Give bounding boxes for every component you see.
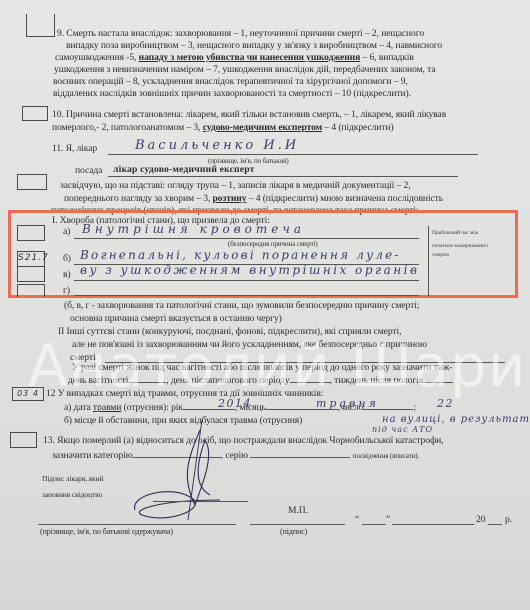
recipient-caption: (прізвище, ім'я, по батькові одержувача)	[40, 528, 173, 536]
section9-line6: віддалених наслідків зовнішніх причин за…	[53, 88, 411, 99]
side-note-2: початком захворювання і	[432, 243, 488, 250]
injury-year-label: (отруєння): рік	[121, 402, 183, 413]
recipient-signature-line	[250, 524, 345, 525]
section9-line3: самоушкодження -5, нападу з метою убивст…	[55, 52, 414, 63]
part1-g-label: г)	[63, 285, 70, 296]
date-quote-open: “	[355, 514, 359, 525]
recipient-signature-caption: (підпис)	[280, 528, 307, 536]
date-year-suffix: р.	[505, 514, 512, 525]
section13-checkbox[interactable]	[10, 432, 37, 448]
doctor-name-line	[108, 154, 478, 155]
doctor-signature	[130, 415, 240, 525]
date-month-line[interactable]	[392, 524, 474, 525]
section9-checkbox[interactable]	[26, 14, 55, 37]
section9-line4: ушкодження з невизначеним наміром – 7, у…	[54, 64, 436, 75]
part1-a-caption: (безпосередня причина смерті)	[228, 240, 318, 248]
position-field[interactable]: лікар судово-медичний експерт	[113, 164, 255, 175]
section13-line1: 13. Якщо померлий (а) відноситься до осі…	[43, 435, 443, 446]
part1-v-code-box[interactable]	[17, 266, 45, 282]
section10-underlined-option: судово-медичним експертом	[203, 122, 322, 133]
part1-b-label: б)	[63, 253, 71, 264]
section10-checkbox[interactable]	[22, 106, 48, 121]
doctor-label: 11. Я, лікар	[52, 143, 97, 154]
part1-note-1: (б, в, г - захворювання та патологічні с…	[64, 300, 419, 311]
signature-line	[153, 501, 248, 502]
doctor-name-field[interactable]: Васильченко И.И	[135, 139, 299, 152]
injury-underlined: травми	[93, 402, 121, 413]
chernobyl-category-label: зазначити категорію	[52, 450, 133, 461]
recipient-name-line	[38, 524, 236, 525]
part1-a-label: а)	[63, 226, 70, 237]
date-day-line[interactable]	[362, 524, 386, 525]
section10-line2: померлого,- 2, патологоанатомом – 3, суд…	[52, 122, 394, 133]
section10-text: померлого,- 2, патологоанатомом – 3,	[52, 122, 203, 133]
part1-b-code-box[interactable]: S21.7	[17, 251, 45, 267]
section10-text: – 4 (підкреслити)	[322, 122, 394, 133]
injury-date-label: а) дата	[64, 402, 93, 413]
section9-line2: випадку поза виробництвом – 3, нещасного…	[66, 40, 442, 51]
date-quote-close: ”	[386, 514, 390, 525]
date-year-line[interactable]	[488, 524, 502, 525]
part1-v-field[interactable]: ву з ушкодженням внутрішніх органів	[80, 264, 420, 277]
death-certificate-page: 9. Смерть настала внаслідок: захворюванн…	[0, 0, 530, 610]
section9-line5: воєнних операцій – 8, ускладнення внаслі…	[53, 76, 408, 87]
part1-a-code-box[interactable]	[17, 225, 45, 241]
part1-v-line	[74, 280, 419, 281]
part1-v-label: в)	[63, 269, 71, 280]
position-line	[108, 176, 458, 177]
part1-g-code-box[interactable]	[17, 284, 45, 297]
chernobyl-series-field[interactable]	[250, 457, 350, 458]
section10-line1: 10. Причина смерті встановлена: лікарем,…	[52, 109, 446, 120]
section9-text: – 6, випадків	[360, 52, 414, 63]
section9-underlined-option: нападу з метою убивства чи нанесення ушк…	[139, 52, 361, 63]
section11-underlined-option: розтину	[213, 193, 247, 204]
watermark: Анатолий Шарий	[28, 336, 530, 396]
part1-column-divider	[428, 226, 429, 296]
part1-a-line	[74, 238, 419, 239]
section11-text: попереднього нагляду за хворим – 3,	[64, 193, 213, 204]
side-note-3: смертю	[432, 252, 449, 259]
stamp-label: М.П.	[288, 505, 308, 516]
section11-line-a: засвідчую, що на підставі: огляду трупа …	[60, 180, 411, 191]
position-label: посада	[75, 165, 102, 176]
section11-checkbox[interactable]	[17, 174, 47, 190]
section11-line-b: попереднього нагляду за хворим – 3, розт…	[64, 193, 443, 204]
section9-text: самоушкодження -5,	[55, 52, 136, 63]
certificate-label: посвідчення (вписати).	[353, 452, 419, 460]
part1-b-field[interactable]: Вогнепальні, кульові поранення луле-	[80, 249, 401, 262]
section11-text: – 4 (підкреслити) мною визначена послідо…	[246, 193, 443, 204]
section9-line1: 9. Смерть настала внаслідок: захворюванн…	[57, 28, 424, 39]
part1-g-line	[74, 295, 419, 296]
signature-label-2: заповнив свідоцтво	[42, 491, 102, 499]
date-year-prefix: 20	[476, 514, 485, 525]
signature-label-1: Підпис лікаря, який	[42, 475, 103, 483]
part1-note-2: основна причина смерті вказується в оста…	[70, 313, 282, 324]
part1-a-field[interactable]: Внутрішня кровотеча	[82, 223, 305, 236]
side-note-1: Приблизний час між	[432, 230, 478, 237]
